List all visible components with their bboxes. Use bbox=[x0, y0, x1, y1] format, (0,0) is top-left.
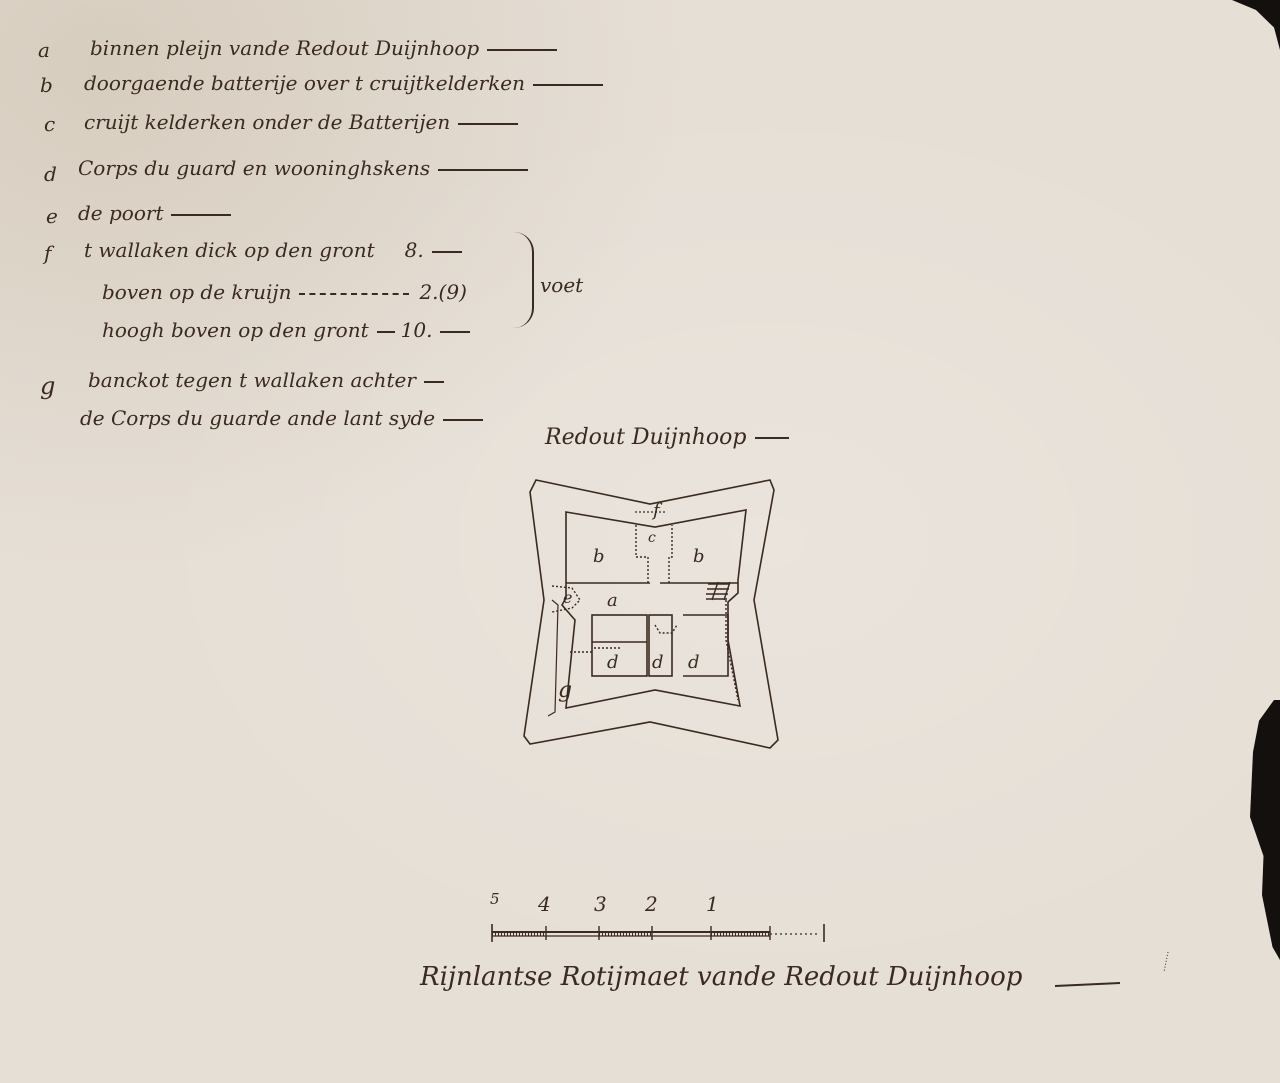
label-d1: d bbox=[607, 652, 619, 673]
label-d3: d bbox=[688, 652, 700, 673]
label-a: a bbox=[607, 590, 618, 611]
label-g: g bbox=[558, 678, 572, 703]
label-f: f bbox=[653, 500, 660, 521]
scale-bar bbox=[492, 924, 824, 942]
scale-number: 1 bbox=[706, 892, 719, 916]
stair-icon bbox=[706, 582, 730, 600]
label-e: e bbox=[563, 588, 572, 607]
label-d2: d bbox=[652, 652, 664, 673]
scale-number: 3 bbox=[594, 892, 607, 916]
footer-title: Rijnlantse Rotijmaet vande Redout Duijnh… bbox=[420, 962, 1022, 992]
label-b-right: b bbox=[693, 546, 705, 567]
scale-number: 2 bbox=[645, 892, 658, 916]
scale-number: 5 bbox=[490, 890, 500, 908]
label-b-left: b bbox=[593, 546, 605, 567]
outer-rampart bbox=[524, 480, 778, 748]
scale-number: 4 bbox=[538, 892, 551, 916]
fort-plan bbox=[0, 0, 1280, 1083]
label-c: c bbox=[648, 530, 656, 546]
